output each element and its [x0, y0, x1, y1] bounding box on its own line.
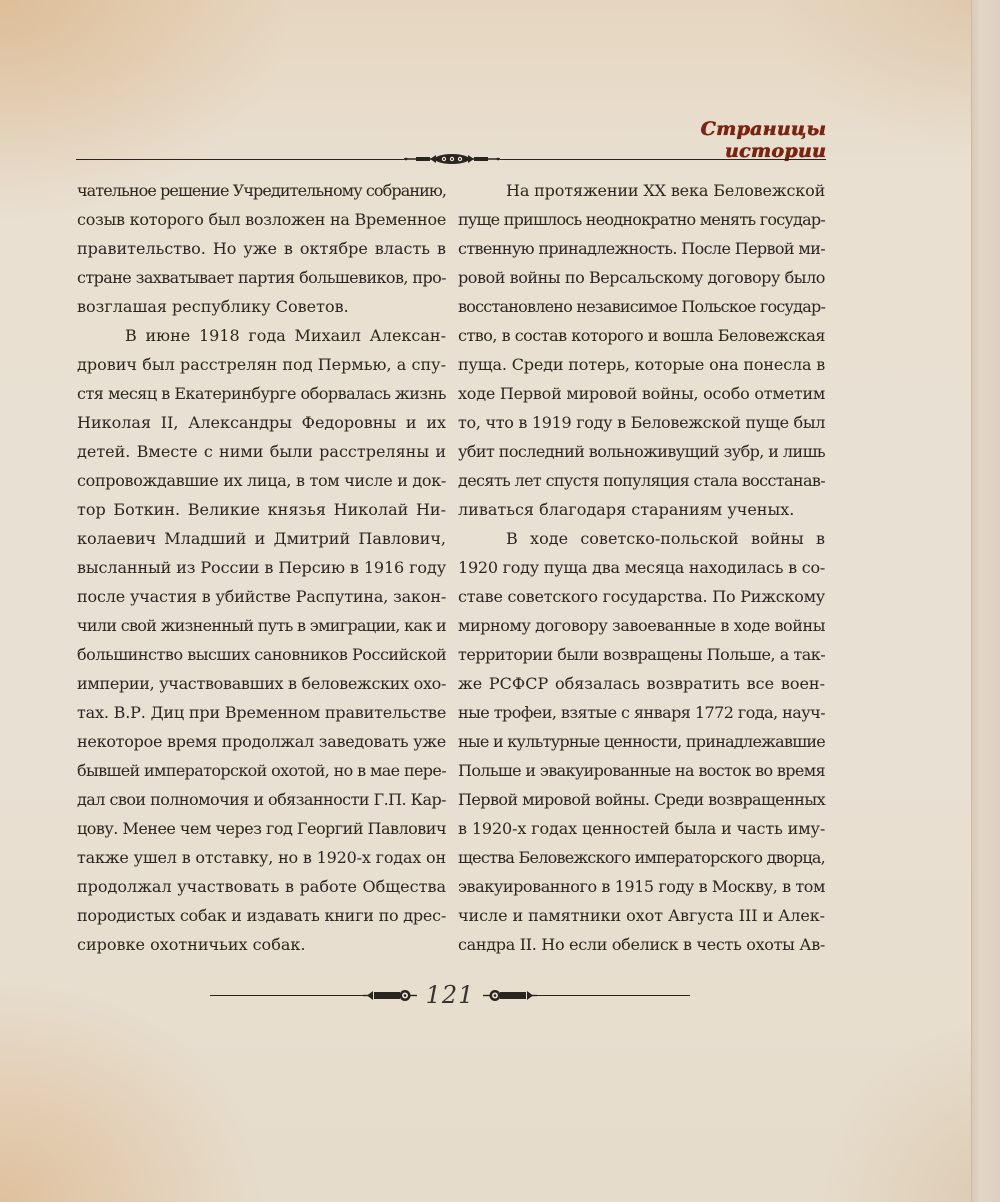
text-line: чательное решение Учредительному собрани… [77, 176, 446, 205]
text-line: ходе Первой мировой войны, особо отметим [458, 379, 825, 408]
text-line: дал свои полномочия и обязанности Г.П. К… [77, 785, 446, 814]
footer-ornament-left-icon [363, 988, 417, 1003]
section-title: Страницы истории [600, 118, 826, 162]
page-footer: 121 [210, 983, 690, 1009]
text-line: пуща. Среди потерь, которые она понесла … [458, 350, 825, 379]
text-line: В июне 1918 года Михаил Алексан- [77, 321, 446, 350]
text-line: созыв которого был возложен на Временное [77, 205, 446, 234]
text-line: бывшей императорской охотой, но в мае пе… [77, 756, 446, 785]
text-line: тах. В.Р. Диц при Временном правительств… [77, 698, 446, 727]
text-line: стране захватывает партия большевиков, п… [77, 263, 446, 292]
text-line: ственную принадлежность. После Первой ми… [458, 234, 825, 263]
text-line: чили свой жизненный путь в эмиграции, ка… [77, 611, 446, 640]
text-line: империи, участвовавших в беловежских охо… [77, 669, 446, 698]
footer-ornament-right-icon [483, 988, 537, 1003]
text-line: Николая II, Александры Федоровны и их [77, 408, 446, 437]
text-line: эвакуированного в 1915 году в Москву, в … [458, 872, 825, 901]
text-line: большинство высших сановников Российской [77, 640, 446, 669]
text-line: возглашая республику Советов. [77, 292, 446, 321]
text-line: пуще пришлось неоднократно менять госуда… [458, 205, 825, 234]
text-line: восстановлено независимое Польское госуд… [458, 292, 825, 321]
text-line: ставе советского государства. По Рижском… [458, 582, 825, 611]
text-line: некоторое время продолжал заведовать уже [77, 727, 446, 756]
text-line: после участия в убийстве Распутина, зако… [77, 582, 446, 611]
footer-rule-right [535, 995, 690, 996]
text-line: дрович был расстрелян под Пермью, а спу- [77, 350, 446, 379]
text-line: Первой мировой войны. Среди возвращенных [458, 785, 825, 814]
text-line: На протяжении XX века Беловежской [458, 176, 825, 205]
header-ornament-icon [404, 153, 500, 165]
text-line: колаевич Младший и Дмитрий Павлович, [77, 524, 446, 553]
text-line: В ходе советско-польской войны в [458, 524, 825, 553]
text-line: Польше и эвакуированные на восток во вре… [458, 756, 825, 785]
text-line: ные трофеи, взятые с января 1772 года, н… [458, 698, 825, 727]
text-line: высланный из России в Персию в 1916 году [77, 553, 446, 582]
text-line: 1920 году пуща два месяца находилась в с… [458, 553, 825, 582]
text-line: детей. Вместе с ними были расстреляны и [77, 437, 446, 466]
text-line: же РСФСР обязалась возвратить все воен- [458, 669, 825, 698]
text-line: территории были возвращены Польше, а так… [458, 640, 825, 669]
right-column: На протяжении XX века Беловежскойпуще пр… [458, 176, 825, 959]
page-edge [971, 0, 1000, 1202]
text-line: мирному договору завоеванные в ходе войн… [458, 611, 825, 640]
text-line: убит последний вольноживущий зубр, и лиш… [458, 437, 825, 466]
text-line: стя месяц в Екатеринбурге оборвалась жиз… [77, 379, 446, 408]
left-column: чательное решение Учредительному собрани… [77, 176, 446, 959]
text-line: сировке охотничьих собак. [77, 930, 446, 959]
text-line: ливаться благодаря стараниям ученых. [458, 495, 825, 524]
text-line: породистых собак и издавать книги по дре… [77, 901, 446, 930]
text-line: также ушел в отставку, но в 1920-х годах… [77, 843, 446, 872]
text-line: сопровождавшие их лица, в том числе и до… [77, 466, 446, 495]
text-line: ство, в состав которого и вошла Беловежс… [458, 321, 825, 350]
text-line: десять лет спустя популяция стала восста… [458, 466, 825, 495]
page-number: 121 [415, 981, 485, 1009]
text-line: то, что в 1919 году в Беловежской пуще б… [458, 408, 825, 437]
text-line: правительство. Но уже в октябре власть в [77, 234, 446, 263]
text-line: цову. Менее чем через год Георгий Павлов… [77, 814, 446, 843]
text-line: тор Боткин. Великие князья Николай Ни- [77, 495, 446, 524]
text-line: ные и культурные ценности, принадлежавши… [458, 727, 825, 756]
text-line: продолжал участвовать в работе Общества [77, 872, 446, 901]
book-page: Страницы истории чательное решение Учред… [0, 0, 1000, 1202]
text-line: ровой войны по Версальскому договору был… [458, 263, 825, 292]
text-line: щества Беловежского императорского дворц… [458, 843, 825, 872]
text-line: сандра II. Но если обелиск в честь охоты… [458, 930, 825, 959]
footer-rule-left [210, 995, 365, 996]
text-line: числе и памятники охот Августа III и Але… [458, 901, 825, 930]
text-line: в 1920-х годах ценностей была и часть им… [458, 814, 825, 843]
